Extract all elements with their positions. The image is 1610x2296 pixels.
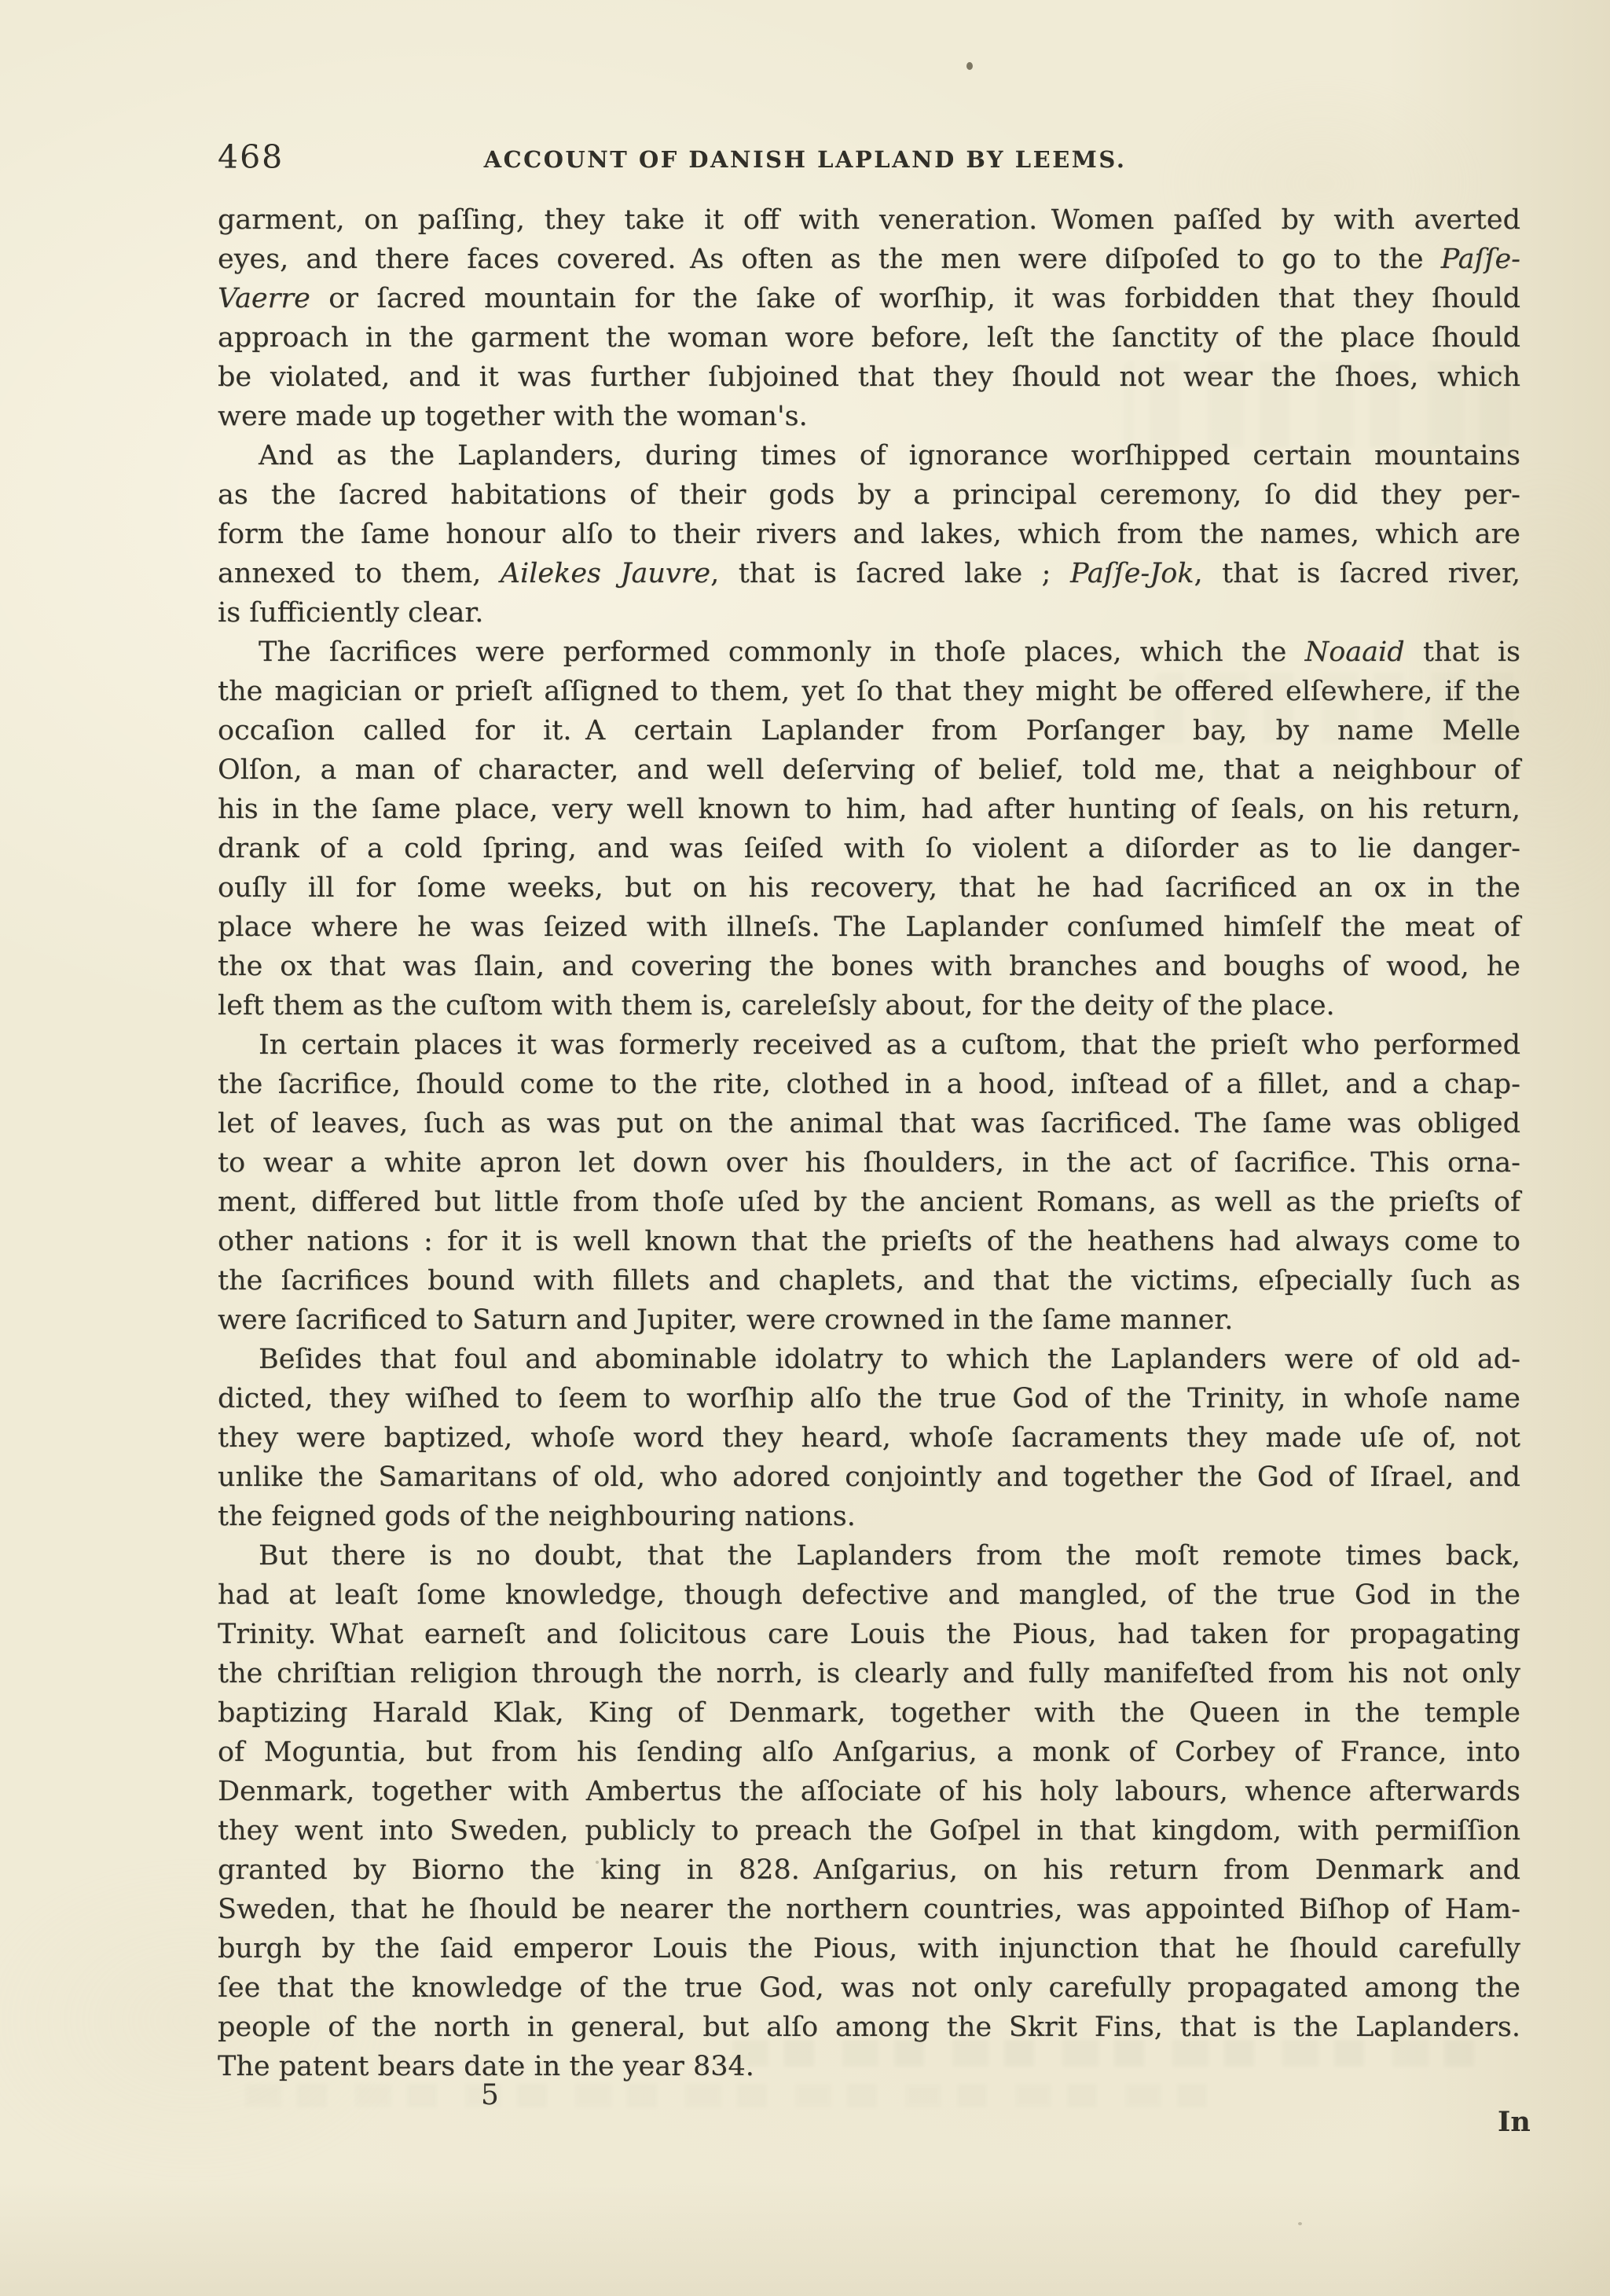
text-segment: were ſacrificed to Saturn and Jupiter, w… <box>218 1304 1233 1336</box>
text-segment: were made up together with the woman's. <box>218 401 808 432</box>
text-segment: The patent bears date in the year 834. <box>218 2051 754 2082</box>
text-segment: baptizing Harald Klak, King of Denmark, … <box>218 1697 1520 1729</box>
bleed-through-smudge <box>731 2040 1485 2067</box>
text-line: The ſacrifices were performed commonly i… <box>218 633 1520 672</box>
text-line: In certain places it was formerly receiv… <box>218 1025 1520 1065</box>
text-segment: garment, on paſſing, they take it off wi… <box>218 204 1520 236</box>
text-line: the ſacrifices bound with fillets and ch… <box>218 1261 1520 1300</box>
text-line: Denmark, together with Ambertus the aſſo… <box>218 1772 1520 1811</box>
text-segment: the ſacrifice, ſhould come to the rite, … <box>218 1069 1520 1100</box>
text-segment: approach in the garment the woman wore b… <box>218 322 1520 354</box>
text-segment: let of leaves, ſuch as was put on the an… <box>218 1108 1520 1139</box>
text-segment: Olſon, a man of character, and well deſe… <box>218 754 1520 786</box>
text-segment: unlike the Samaritans of old, who adored… <box>218 1462 1520 1493</box>
italic-text-segment: Paſſe- <box>1441 244 1520 275</box>
text-line: to wear a white apron let down over his … <box>218 1143 1520 1183</box>
text-line: But there is no doubt, that the Laplande… <box>218 1536 1520 1575</box>
text-line: ſee that the knowledge of the true God, … <box>218 1968 1520 2008</box>
text-line: drank of a cold ſpring, and was ſeiſed w… <box>218 829 1520 868</box>
text-line: ouſly ill for ſome weeks, but on his rec… <box>218 868 1520 908</box>
text-line: they went into Sweden, publicly to preac… <box>218 1811 1520 1850</box>
bleed-through-smudge <box>236 2084 1218 2107</box>
text-segment: annexed to them, <box>218 558 501 589</box>
text-segment: other nations : for it is well known tha… <box>218 1226 1520 1257</box>
text-segment: his in the ſame place, very well known t… <box>218 794 1520 825</box>
text-segment: In certain places it was formerly receiv… <box>259 1029 1520 1061</box>
italic-text-segment: Vaerre <box>218 283 310 314</box>
text-segment: granted by Biorno the king in 828. Anſga… <box>218 1854 1520 1886</box>
text-line: Beſides that foul and abominable idolatr… <box>218 1340 1520 1379</box>
text-line: let of leaves, ſuch as was put on the an… <box>218 1104 1520 1143</box>
text-segment: Denmark, together with Ambertus the aſſo… <box>218 1776 1520 1807</box>
page-header: 468 ACCOUNT OF DANISH LAPLAND BY LEEMS. <box>0 138 1610 179</box>
text-line: had at leaſt ſome knowledge, though defe… <box>218 1575 1520 1615</box>
text-segment: the ſacrifices bound with fillets and ch… <box>218 1265 1520 1297</box>
text-segment: The ſacrifices were performed commonly i… <box>259 636 1305 668</box>
text-segment: ouſly ill for ſome weeks, but on his rec… <box>218 872 1520 904</box>
text-segment: drank of a cold ſpring, and was ſeiſed w… <box>218 833 1520 864</box>
text-segment: Beſides that foul and abominable idolatr… <box>259 1344 1520 1375</box>
text-block: garment, on paſſing, they take it off wi… <box>218 200 1520 2086</box>
text-segment: Trinity. What earneſt and ſolicitous car… <box>218 1619 1520 1650</box>
text-line: garment, on paſſing, they take it off wi… <box>218 200 1520 240</box>
text-line: granted by Biorno the king in 828. Anſga… <box>218 1850 1520 1890</box>
text-segment: , that is ſacred lake ; <box>710 558 1070 589</box>
text-line: were ſacrificed to Saturn and Jupiter, w… <box>218 1300 1520 1340</box>
text-segment: But there is no doubt, that the Laplande… <box>259 1540 1520 1572</box>
paragraph: And as the Laplanders, during times of i… <box>218 436 1520 633</box>
text-line: the ſacrifice, ſhould come to the rite, … <box>218 1065 1520 1104</box>
paragraph: Beſides that foul and abominable idolatr… <box>218 1340 1520 1536</box>
text-segment: as the ſacred habitations of their gods … <box>218 479 1520 511</box>
text-line: burgh by the ſaid emperor Louis the Piou… <box>218 1929 1520 1968</box>
running-title: ACCOUNT OF DANISH LAPLAND BY LEEMS. <box>0 146 1610 173</box>
paper-speck <box>966 62 973 70</box>
text-line: Olſon, a man of character, and well deſe… <box>218 750 1520 790</box>
text-line: unlike the Samaritans of old, who adored… <box>218 1458 1520 1497</box>
text-line: Trinity. What earneſt and ſolicitous car… <box>218 1615 1520 1654</box>
text-segment: Sweden, that he ſhould be nearer the nor… <box>218 1894 1520 1925</box>
italic-text-segment: Paſſe-Jok <box>1070 558 1194 589</box>
text-line: the chriſtian religion through the norrh… <box>218 1654 1520 1693</box>
paper-speck <box>596 1861 599 1864</box>
text-segment: they were baptized, whoſe word they hear… <box>218 1422 1520 1454</box>
text-line: baptizing Harald Klak, King of Denmark, … <box>218 1693 1520 1733</box>
text-segment: form the ſame honour alſo to their river… <box>218 519 1520 550</box>
bleed-through-smudge <box>1155 673 1524 743</box>
bleed-through-smudge <box>1124 361 1520 448</box>
text-segment: of Moguntia, but from his ſending alſo A… <box>218 1737 1520 1768</box>
italic-text-segment: Noaaid <box>1305 636 1405 668</box>
text-line: of Moguntia, but from his ſending alſo A… <box>218 1733 1520 1772</box>
text-segment: the ox that was ſlain, and covering the … <box>218 951 1520 982</box>
text-segment: that is <box>1405 636 1520 668</box>
text-line: annexed to them, Ailekes Jauvre, that is… <box>218 554 1520 593</box>
text-segment: people of the north in general, but alſo… <box>218 2012 1520 2043</box>
text-segment: the chriſtian religion through the norrh… <box>218 1658 1520 1689</box>
text-line: they were baptized, whoſe word they hear… <box>218 1418 1520 1458</box>
book-page: 468 ACCOUNT OF DANISH LAPLAND BY LEEMS. … <box>0 0 1610 2296</box>
text-line: eyes, and there faces covered. As often … <box>218 240 1520 279</box>
text-segment: dicted, they wiſhed to ſeem to worſhip a… <box>218 1383 1520 1414</box>
text-line: left them as the cuſtom with them is, ca… <box>218 986 1520 1025</box>
text-line: place where he was ſeized with illneſs. … <box>218 908 1520 947</box>
text-segment: , that is ſacred river, <box>1194 558 1520 589</box>
text-line: other nations : for it is well known tha… <box>218 1222 1520 1261</box>
paragraph: In certain places it was formerly receiv… <box>218 1025 1520 1340</box>
text-segment: they went into Sweden, publicly to preac… <box>218 1815 1520 1847</box>
text-line: dicted, they wiſhed to ſeem to worſhip a… <box>218 1379 1520 1418</box>
text-segment: the feigned gods of the neighbouring nat… <box>218 1501 856 1532</box>
text-line: approach in the garment the woman wore b… <box>218 318 1520 358</box>
text-line: form the ſame honour alſo to their river… <box>218 515 1520 554</box>
paragraph: But there is no doubt, that the Laplande… <box>218 1536 1520 2086</box>
text-segment: place where he was ſeized with illneſs. … <box>218 911 1520 943</box>
text-line: the ox that was ſlain, and covering the … <box>218 947 1520 986</box>
italic-text-segment: Ailekes Jauvre <box>501 558 710 589</box>
text-segment: ſee that the knowledge of the true God, … <box>218 1972 1520 2004</box>
text-line: Sweden, that he ſhould be nearer the nor… <box>218 1890 1520 1929</box>
text-segment: is ſufficiently clear. <box>218 597 483 629</box>
text-segment: burgh by the ſaid emperor Louis the Piou… <box>218 1933 1520 1964</box>
text-line: is ſufficiently clear. <box>218 593 1520 633</box>
text-segment: left them as the cuſtom with them is, ca… <box>218 990 1335 1021</box>
text-segment: eyes, and there faces covered. As often … <box>218 244 1441 275</box>
text-line: his in the ſame place, very well known t… <box>218 790 1520 829</box>
paper-speck <box>1298 2222 1302 2225</box>
text-line: as the ſacred habitations of their gods … <box>218 475 1520 515</box>
text-line: the feigned gods of the neighbouring nat… <box>218 1497 1520 1536</box>
text-line: ment, differed but little from thoſe uſe… <box>218 1183 1520 1222</box>
text-segment: had at leaſt ſome knowledge, though defe… <box>218 1579 1520 1611</box>
text-segment: ment, differed but little from thoſe uſe… <box>218 1187 1520 1218</box>
text-segment: to wear a white apron let down over his … <box>218 1147 1520 1179</box>
text-segment: or ſacred mountain for the ſake of worſh… <box>310 283 1520 314</box>
catchword: In <box>1498 2106 1531 2138</box>
paper-speck <box>289 1073 292 1076</box>
text-line: Vaerre or ſacred mountain for the ſake o… <box>218 279 1520 318</box>
